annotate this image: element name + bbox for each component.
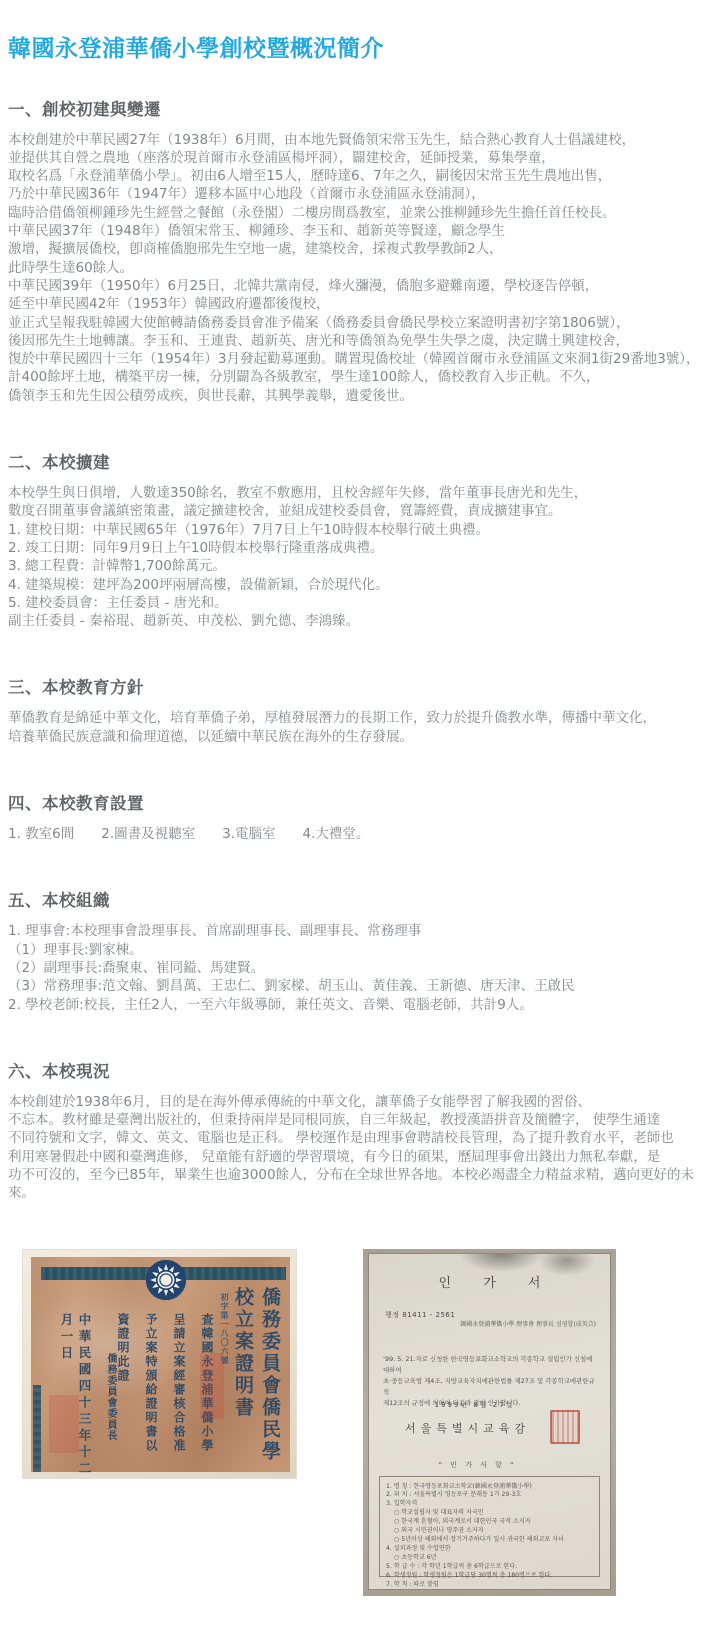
permit-date-text: 1999년 8월 27일 xyxy=(369,1400,580,1410)
section-education-policy: 三、本校教育方針 華僑教育是綿延中華文化，培育華僑子弟，厚植發展潛力的長期工作，… xyxy=(8,674,715,746)
certificate-side-band xyxy=(33,1385,41,1472)
certificate-title-text: 僑務委員會僑民學校立案證明書 xyxy=(230,1287,284,1475)
section-body-education-policy: 華僑教育是綿延中華文化，培育華僑子弟，厚植發展潛力的長期工作，致力於提升僑教水準… xyxy=(8,709,715,746)
photo-registration-certificate: 僑務委員會僑民學校立案證明書 初字第一八〇六號 查韓國永登浦華僑小學 呈請立案經… xyxy=(22,1249,297,1479)
section-heading-organization: 五、本校組織 xyxy=(8,887,715,911)
section-body-facilities: 1. 教室6間 2.圖書及視聽室 3.電腦室 4.大禮堂。 xyxy=(8,825,715,843)
section-heading-education-policy: 三、本校教育方針 xyxy=(8,674,715,698)
section-body-organization: 1. 理事會:本校理事會設理事長、首席副理事長、副理事長、常務理事 （1）理事長… xyxy=(8,922,715,1013)
section-expansion: 二、本校擴建 本校學生與日俱增，人數達350餘名，教室不敷應用，且校舍經年失修，… xyxy=(8,449,715,630)
red-seal-stamp xyxy=(49,1395,79,1453)
certificate-body-col2: 呈請立案經審核合格准 xyxy=(171,1313,188,1453)
section-body-expansion: 本校學生與日俱增，人數達350餘名，教室不敷應用，且校舍經年失修，當年董事長唐光… xyxy=(8,484,715,630)
section-heading-expansion: 二、本校擴建 xyxy=(8,449,715,473)
permit-approval-items: 1. 명 칭 : 한국영등포화교소학교(韓國永登浦華僑小學) 2. 위 치 : … xyxy=(379,1476,600,1577)
permit-addressee: 韓國永登浦華僑小學 理事會 理事長 심영합(成英合) xyxy=(460,1320,596,1330)
section-organization: 五、本校組織 1. 理事會:本校理事會設理事長、首席副理事長、副理事長、常務理事… xyxy=(8,887,715,1013)
article-page: 韓國永登浦華僑小學創校暨概況簡介 一、創校初建與變遷 本校創建於中華民國27年（… xyxy=(0,0,725,1636)
permit-subtitle-text: " 인 가 사 항 " xyxy=(369,1460,586,1470)
photo-approval-document: 인 가 서 행정 81411 - 2561 韓國永登浦華僑小學 理事會 理事長 … xyxy=(363,1249,616,1596)
section-body-founding: 本校創建於中華民國27年（1938年）6月間，由本地先賢僑領宋常玉先生，結合熱心… xyxy=(8,131,715,405)
red-seal-stamp xyxy=(550,1410,580,1444)
section-heading-facilities: 四、本校教育設置 xyxy=(8,790,715,814)
section-current-status: 六、本校現況 本校創建於1938年6月，目的是在海外傳承傳統的中華文化，讓華僑子… xyxy=(8,1058,715,1203)
permit-title-text: 인 가 서 xyxy=(369,1254,610,1291)
section-facilities: 四、本校教育設置 1. 教室6間 2.圖書及視聽室 3.電腦室 4.大禮堂。 xyxy=(8,790,715,843)
section-heading-founding: 一、創校初建與變遷 xyxy=(8,96,715,120)
page-title: 韓國永登浦華僑小學創校暨概況簡介 xyxy=(8,36,715,64)
section-founding: 一、創校初建與變遷 本校創建於中華民國27年（1938年）6月間，由本地先賢僑領… xyxy=(8,96,715,405)
photo-row: 僑務委員會僑民學校立案證明書 初字第一八〇六號 查韓國永登浦華僑小學 呈請立案經… xyxy=(8,1249,715,1596)
certificate-paper: 僑務委員會僑民學校立案證明書 初字第一八〇六號 查韓國永登浦華僑小學 呈請立案經… xyxy=(31,1257,290,1472)
red-seal-stamp xyxy=(200,1353,224,1419)
permit-issuer-text: 서울특별시교육감 xyxy=(369,1420,566,1436)
section-body-current-status: 本校創建於1938年6月，目的是在海外傳承傳統的中華文化，讓華僑子女能學習了解我… xyxy=(8,1093,715,1203)
section-heading-current-status: 六、本校現況 xyxy=(8,1058,715,1082)
certificate-signer-text: 僑務委員會委員長 xyxy=(103,1353,118,1441)
sun-emblem-icon xyxy=(145,1259,187,1301)
permit-doc-number: 행정 81411 - 2561 xyxy=(385,1310,455,1320)
permit-paper: 인 가 서 행정 81411 - 2561 韓國永登浦華僑小學 理事會 理事長 … xyxy=(368,1253,611,1590)
certificate-body-col3: 予立案特頒給證明書以 xyxy=(143,1313,160,1453)
